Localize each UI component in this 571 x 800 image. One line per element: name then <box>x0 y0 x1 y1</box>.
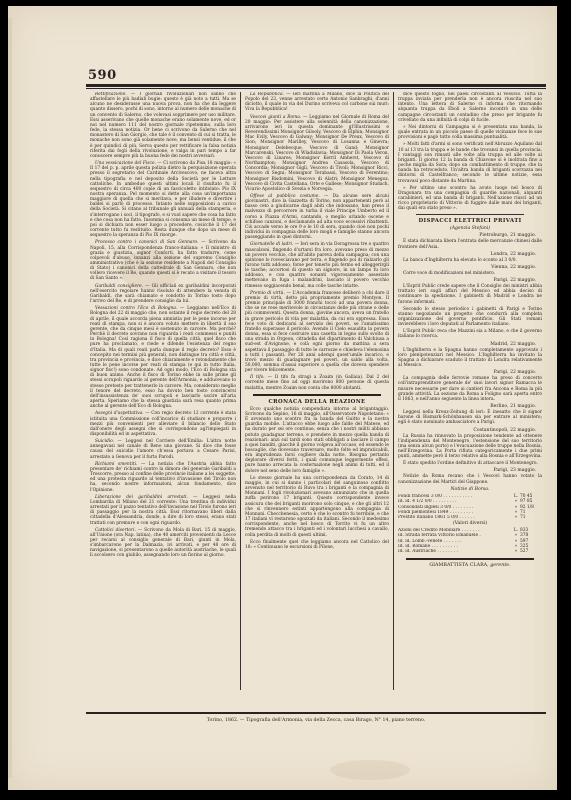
bourse-currency: » <box>512 549 520 554</box>
footer-rule <box>86 712 546 714</box>
cronaca-paragraph: Ecco finalmente quel che leggiamo ancora… <box>245 540 389 550</box>
dispatch-text: Secondo lo stesso periodico i gabinetti … <box>398 307 542 328</box>
cronaca-section: Ecco qualche notizia compendiata intorno… <box>245 407 389 550</box>
signature-name: GIAMBATTISTA CLARA, <box>429 563 488 568</box>
article-paragraph: Rettificazione. — I giornali rivoluziona… <box>90 92 236 159</box>
section-title-cronaca: CRONACA DELLA REAZIONE <box>245 399 389 405</box>
article-paragraph: dice questo foglio, nei paesi circostant… <box>398 92 542 123</box>
article-paragraph: Premio di virtù. — L'Accademia francese … <box>245 291 389 374</box>
dispatch-text: La banca d'Inghilterra ha elevato lo sco… <box>398 258 542 263</box>
signature-divider <box>406 558 534 560</box>
article-paragraph: Il tifo. — Il tifo fa stragi a Zoaim (in… <box>245 375 389 390</box>
article-text: — Leggiamo nell'Eco di Bologna del 22 di… <box>90 306 236 409</box>
dispatch-text: La compagnia delle ferrovie romane ha pr… <box>398 376 542 402</box>
section-divider <box>416 214 524 215</box>
article-paragraph: Vescovi giunti a Roma. — Leggiamo nel Gi… <box>245 115 389 192</box>
article-paragraph: Cattolici disertori. — Scrivono da Mola … <box>90 528 236 559</box>
dispatch-text: Notizie da Roma recano che i Vescovi han… <box>398 474 542 484</box>
article-text: — Ieri sera in via Doragrossa tre o quat… <box>245 242 389 288</box>
dispatch-text: Leggesi nella Kreuz-Zeitung di ieri: È i… <box>398 410 542 425</box>
bourse-value: 527 <box>520 549 542 554</box>
column-3: dice questo foglio, nei paesi circostant… <box>393 92 546 690</box>
article-text: » Nei dintorni di Campagna si è presenta… <box>398 125 542 140</box>
article-paragraph: Giornatelle di ladri. — Ieri sera in via… <box>245 242 389 288</box>
bourse-label: Id. id. Austriache . . . . . . . . <box>398 549 512 554</box>
column-2-articles: La Repubblica. — Ieri mattina a Milano, … <box>245 92 389 391</box>
article-text: — Scrivono da Napoli, 15, alla Corrispon… <box>90 240 236 281</box>
article-paragraph: » Molti fatti d'armi si sono verificati … <box>398 142 542 183</box>
bourse-table: Fondi francesi 3 0/0 . . . . . . . . . .… <box>398 494 542 521</box>
article-text: — Leggiamo nel Giornale di Roma del 20 m… <box>245 115 389 192</box>
dispatch-dateline: Parigi, 22 maggio. <box>398 370 536 375</box>
header-rule <box>86 84 546 87</box>
dispatch-dateline: Pietroburgo, 21 maggio. <box>398 233 536 238</box>
columns: Rettificazione. — I giornali rivoluziona… <box>86 92 546 690</box>
article-paragraph: Una vessicazione del Fisco. — Ci scrivon… <box>90 161 236 238</box>
page-edge <box>8 18 12 778</box>
signature: GIAMBATTISTA CLARA, gerente. <box>398 563 542 568</box>
dispatch-dateline: Parigi, 22 maggio. <box>398 278 536 283</box>
imprint: Torino, 1862. — Tipografia dell'Armonia,… <box>86 718 546 723</box>
cronaca-paragraph: Lo stesso giornale ha una corrispondenza… <box>245 476 389 538</box>
dispatches-list: Pietroburgo, 21 maggio.È stata dichiarat… <box>398 233 542 484</box>
bourse-value: 71 <box>520 515 542 520</box>
section-title-dispatches: DISPACCI ELETTRICI PRIVATI <box>398 218 542 224</box>
dispatch-text: È stata dichiarata libera l'entrata dell… <box>398 239 542 249</box>
bourse-label: Prestito italiano 1861 5 0/0 . . . . . . <box>398 515 512 520</box>
dispatch-text: L'Esprit Public reca che Mazzini sia a M… <box>398 329 542 339</box>
bourse-table-2: Azioni del Credito Mobiliare . . . . . .… <box>398 528 542 555</box>
section-divider <box>253 394 381 396</box>
article-paragraph: Suicidio. — Leggesi nel Corriere dell'Em… <box>90 439 236 460</box>
column-2: La Repubblica. — Ieri mattina a Milano, … <box>240 92 393 690</box>
article-text: — Da alcune sere alcuni giovinastri, dic… <box>245 194 389 240</box>
article-text: » Molti fatti d'armi si sono verificati … <box>398 142 542 183</box>
dispatch-text: L'Esprit Public crede sapere che il Cons… <box>398 284 542 305</box>
dispatch-dateline: Madrid, 22 maggio. <box>398 342 536 347</box>
article-paragraph: Richiami smentiti. — La notizia che l'Au… <box>90 462 236 493</box>
dispatch-dateline: Berlino, 21 maggio. <box>398 404 536 409</box>
article-text: — Leggesi nella Lombardia di Milano del … <box>90 495 236 526</box>
article-text: — I giornali rivoluzionari non sanno che… <box>90 92 236 159</box>
paper-stain <box>330 760 410 780</box>
article-text: — Il tifo fa stragi a Zoaim (in Gallaia)… <box>245 375 389 390</box>
signature-role: gerente. <box>490 563 510 568</box>
bourse-row: Id. id. Austriache . . . . . . . .»527 <box>398 549 542 554</box>
article-paragraph: » Per ultimo uno scontro ha avuto luogo … <box>398 186 542 212</box>
article-text: — L'Accademia francese deliberò a chi da… <box>245 291 389 373</box>
dispatch-text: Corre voce di modificazioni nel minister… <box>398 271 542 276</box>
article-text: » Per ultimo uno scontro ha avuto luogo … <box>398 186 542 212</box>
dispatches-agency: (Agenzia Stefani) <box>398 226 542 231</box>
page-number: 590 <box>88 68 117 83</box>
dispatch-dateline: Costantinopoli, 22 maggio. <box>398 428 536 433</box>
dispatch-dateline: Parigi, 23 maggio. <box>398 468 536 473</box>
article-paragraph: Vessazioni contro l'Eco di Bologna. — Le… <box>90 306 236 409</box>
article-text: dice questo foglio, nei paesi circostant… <box>398 92 542 123</box>
bourse-row: Prestito italiano 1861 5 0/0 . . . . . .… <box>398 515 542 520</box>
cronaca-paragraph: Ecco qualche notizia compendiata intorno… <box>245 407 389 474</box>
dispatch-dateline: Vienna, 22 maggio. <box>398 265 536 270</box>
dispatch-text: La Russia ha rinnovato la proposizione t… <box>398 434 542 460</box>
dispatch-text: L'Inghilterra e la Spagna hanno completa… <box>398 348 542 369</box>
article-text: — Ci scrivono da Pisa 18 maggio: « Il 17… <box>90 161 236 238</box>
column-1: Rettificazione. — I giornali rivoluziona… <box>86 92 240 690</box>
article-paragraph: Garibaldi consigliere. — Gli ufficiali e… <box>90 284 236 305</box>
bourse-subtitle: (Valori diversi) <box>398 521 542 526</box>
column-3-articles: dice questo foglio, nei paesi circostant… <box>398 92 542 211</box>
article-text: — Scrivono da Mola di Bari, 15 di maggio… <box>90 528 236 559</box>
dispatch-dateline: Londra, 22 maggio. <box>398 252 536 257</box>
bourse-title: Notizie di Borsa. <box>398 487 542 492</box>
dispatch-text: È stato spedito l'ordine definitivo di a… <box>398 461 542 466</box>
article-paragraph: Processo contro i canonici di San Gennar… <box>90 240 236 281</box>
article-paragraph: » Nei dintorni di Campagna si è presenta… <box>398 125 542 140</box>
article-paragraph: Offese al pubblico costume. — Da alcune … <box>245 194 389 240</box>
article-paragraph: Assegni d'aspettativa. — Con regio decre… <box>90 411 236 437</box>
article-text: — La notizia che l'Austria abbia fatto p… <box>90 462 236 493</box>
header-rule-thin <box>86 88 546 89</box>
article-paragraph: La Repubblica. — Ieri mattina a Milano, … <box>245 92 389 113</box>
article-paragraph: Liberazione dei garibaldini arrestati. —… <box>90 495 236 526</box>
bourse-currency: » <box>512 515 520 520</box>
